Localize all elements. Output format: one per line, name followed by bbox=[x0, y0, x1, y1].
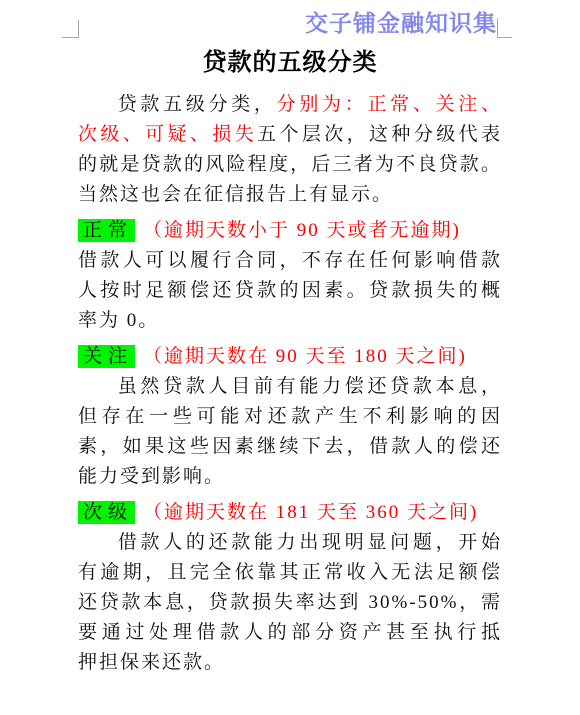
watermark-text: 交子铺金融知识集 bbox=[305, 8, 497, 38]
text-line: 要通过处理借款人的部分资产甚至执行抵 bbox=[78, 618, 502, 648]
text-line: 的就是贷款的风险程度，后三者为不良贷款。 bbox=[78, 150, 502, 180]
text-line: 当然这也会在征信报告上有显示。 bbox=[78, 180, 502, 210]
first-line-indent bbox=[78, 547, 116, 548]
text-segment: 还贷款本息，贷款损失率达到 30%-50%，需 bbox=[78, 592, 502, 613]
text-segment: 但存在一些可能对还款产生不利影响的因 bbox=[78, 406, 502, 427]
text-line: 虽然贷款人目前有能力偿还贷款本息， bbox=[78, 372, 502, 402]
text-segment: 人按时足额偿还贷款的因素。贷款损失的概 bbox=[78, 280, 502, 301]
section-overdue-condition: （逾期天数在 181 天至 360 天之间) bbox=[143, 502, 478, 523]
classification-section: 关注（逾期天数在 90 天至 180 天之间)虽然贷款人目前有能力偿还贷款本息，… bbox=[78, 342, 502, 492]
text-segment: 五个层次，这种分级代表 bbox=[257, 124, 502, 145]
top-right-margin-crop-mark bbox=[497, 18, 512, 38]
document-content: 贷款的五级分类 贷款五级分类，分别为：正常、关注、次级、可疑、损失五个层次，这种… bbox=[78, 46, 502, 678]
text-line: 贷款五级分类，分别为：正常、关注、 bbox=[78, 90, 502, 120]
intro-paragraph: 贷款五级分类，分别为：正常、关注、次级、可疑、损失五个层次，这种分级代表的就是贷… bbox=[78, 90, 502, 210]
text-segment: 分别为：正常、关注、 bbox=[277, 94, 502, 115]
text-segment: 要通过处理借款人的部分资产甚至执行抵 bbox=[78, 622, 502, 643]
section-label-highlight: 次级 bbox=[78, 501, 135, 524]
text-line: 有逾期，且完全依靠其正常收入无法足额偿 bbox=[78, 558, 502, 588]
text-line: 素，如果这些因素继续下去，借款人的偿还 bbox=[78, 432, 502, 462]
text-line: 人按时足额偿还贷款的因素。贷款损失的概 bbox=[78, 276, 502, 306]
text-segment: 素，如果这些因素继续下去，借款人的偿还 bbox=[78, 436, 502, 457]
section-label-highlight: 正常 bbox=[78, 219, 135, 242]
page-title: 贷款的五级分类 bbox=[78, 46, 502, 80]
text-segment: 能力受到影响。 bbox=[78, 466, 225, 487]
text-segment: 借款人的还款能力出现明显问题，开始 bbox=[116, 532, 502, 553]
classification-section: 次级（逾期天数在 181 天至 360 天之间)借款人的还款能力出现明显问题，开… bbox=[78, 498, 502, 678]
document-page: 交子铺金融知识集 贷款的五级分类 贷款五级分类，分别为：正常、关注、次级、可疑、… bbox=[0, 0, 580, 715]
text-segment: 虽然贷款人目前有能力偿还贷款本息， bbox=[116, 376, 502, 397]
text-segment: 借款人可以履行合同，不存在任何影响借款 bbox=[78, 250, 502, 271]
section-heading: 次级（逾期天数在 181 天至 360 天之间) bbox=[78, 498, 502, 528]
text-line: 率为 0。 bbox=[78, 306, 502, 336]
text-segment: 押担保来还款。 bbox=[78, 652, 225, 673]
text-line: 能力受到影响。 bbox=[78, 462, 502, 492]
top-left-margin-crop-mark bbox=[62, 20, 79, 38]
first-line-indent bbox=[78, 109, 116, 110]
text-segment: 次级、可疑、损失 bbox=[78, 124, 257, 145]
text-line: 次级、可疑、损失五个层次，这种分级代表 bbox=[78, 120, 502, 150]
text-line: 押担保来还款。 bbox=[78, 648, 502, 678]
section-label-highlight: 关注 bbox=[78, 345, 135, 368]
text-line: 但存在一些可能对还款产生不利影响的因 bbox=[78, 402, 502, 432]
classification-section: 正常（逾期天数小于 90 天或者无逾期)借款人可以履行合同，不存在任何影响借款人… bbox=[78, 216, 502, 336]
section-heading: 正常（逾期天数小于 90 天或者无逾期) bbox=[78, 216, 502, 246]
text-segment: 当然这也会在征信报告上有显示。 bbox=[78, 184, 393, 205]
text-line: 借款人的还款能力出现明显问题，开始 bbox=[78, 528, 502, 558]
text-segment: 有逾期，且完全依靠其正常收入无法足额偿 bbox=[78, 562, 502, 583]
text-segment: 率为 0。 bbox=[78, 310, 159, 331]
first-line-indent bbox=[78, 391, 116, 392]
text-segment: 的就是贷款的风险程度，后三者为不良贷款。 bbox=[78, 154, 502, 175]
text-line: 借款人可以履行合同，不存在任何影响借款 bbox=[78, 246, 502, 276]
section-overdue-condition: （逾期天数在 90 天至 180 天之间) bbox=[143, 346, 467, 367]
section-heading: 关注（逾期天数在 90 天至 180 天之间) bbox=[78, 342, 502, 372]
text-segment: 贷款五级分类， bbox=[116, 94, 277, 115]
sections: 正常（逾期天数小于 90 天或者无逾期)借款人可以履行合同，不存在任何影响借款人… bbox=[78, 216, 502, 678]
text-line: 还贷款本息，贷款损失率达到 30%-50%，需 bbox=[78, 588, 502, 618]
section-overdue-condition: （逾期天数小于 90 天或者无逾期) bbox=[143, 220, 461, 241]
